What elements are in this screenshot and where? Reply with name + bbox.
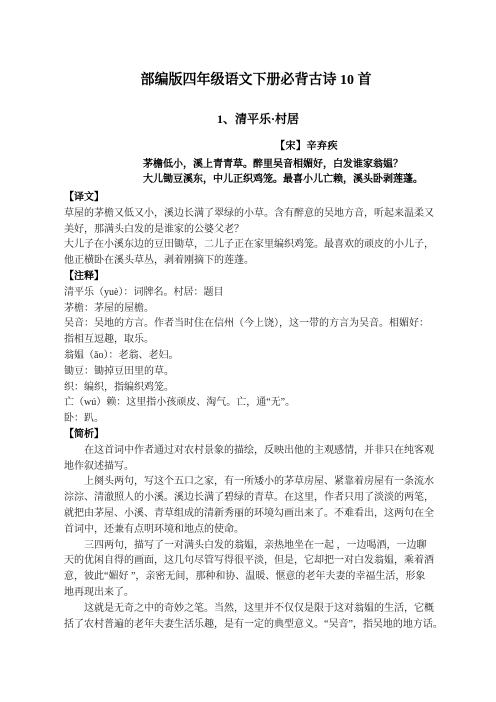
document-page: 部编版四年级语文下册必背古诗 10 首 1、清平乐·村居 【宋】辛弃疾 茅檐低小… <box>0 0 496 702</box>
text-line: 地作叙述描写。 <box>64 459 464 475</box>
text-line: 上阕头两句，写这个五口之家，有一所矮小的茅草房屋、紧靠着房屋有一条流水 <box>64 474 464 490</box>
text-line: 就把由茅屋、小溪、青草组成的清新秀丽的环境勾画出来了。不难看出，这两句在全 <box>64 506 464 522</box>
text-line: 首词中，还兼有点明环境和地点的使命。 <box>64 522 464 538</box>
document-title: 部编版四年级语文下册必背古诗 10 首 <box>0 71 496 91</box>
text-line: 大儿子在小溪东边的豆田锄草，二儿子正在家里编织鸡笼。最喜欢的顽皮的小儿子， <box>64 237 464 253</box>
text-line: 卧：趴。 <box>64 411 464 427</box>
text-line: 淙淙、清澈照人的小溪。溪边长满了碧绿的青草。在这里，作者只用了淡淡的两笔， <box>64 490 464 506</box>
text-line: 清平乐（yuè）：词牌名。村居：题目 <box>64 285 464 301</box>
poem-title: 1、清平乐·村居 <box>0 110 496 128</box>
text-line: 美好，那满头白发的是谁家的公婆父老？ <box>64 222 464 238</box>
poem-line: 大儿锄豆溪东，中儿正织鸡笼。最喜小儿亡赖，溪头卧剥莲蓬。 <box>143 173 423 187</box>
text-line: 茅檐：茅屋的屋檐。 <box>64 301 464 317</box>
text-line: 指相互逗趣，取乐。 <box>64 332 464 348</box>
poem-author: 【宋】辛弃疾 <box>275 140 338 154</box>
text-line: 这就是无奇之中的奇妙之笔。当然，这里并不仅仅是限于这对翁媪的生活，它概 <box>64 601 464 617</box>
text-line: 草屋的茅檐又低又小，溪边长满了翠绿的小草。含有醉意的吴地方音，听起来温柔又 <box>64 206 464 222</box>
text-line: 锄豆：锄掉豆田里的草。 <box>64 364 464 380</box>
text-line: 地再现出来了。 <box>64 585 464 601</box>
text-line: 在这首词中作者通过对农村景象的描绘，反映出他的主观感情，并非只在纯客观 <box>64 443 464 459</box>
section-heading: 【简析】 <box>64 427 464 443</box>
text-line: 织：编织，指编织鸡笼。 <box>64 380 464 396</box>
document-body: 【译文】草屋的茅檐又低又小，溪边长满了翠绿的小草。含有醉意的吴地方音，听起来温柔… <box>64 190 464 632</box>
text-line: 意，彼此“媚好 ”，亲密无间，那种和协、温暖、惬意的老年夫妻的幸福生活，形象 <box>64 569 464 585</box>
text-line: 吴音：吴地的方言。作者当时住在信州（今上饶），这一带的方言为吴音。相媚好： <box>64 316 464 332</box>
text-line: 天的优闲自得的画面，这几句尽管写得很平淡，但是，它却把一对白发翁媪，乘着酒 <box>64 553 464 569</box>
poem-line: 茅檐低小，溪上青青草。醉里吴音相媚好，白发谁家翁媪？ <box>143 158 403 172</box>
section-heading: 【注释】 <box>64 269 464 285</box>
text-line: 亡（wú）赖：这里指小孩顽皮、淘气。亡，通“无”。 <box>64 395 464 411</box>
text-line: 翁媪（ǎo）：老翁、老妇。 <box>64 348 464 364</box>
text-line: 三四两句，描写了一对满头白发的翁媪，亲热地坐在一起 ，一边喝酒，一边聊 <box>64 538 464 554</box>
text-line: 括了农村普遍的老年夫妻生活乐趣，是有一定的典型意义。“吴音”，指吴地的地方话。 <box>64 617 464 633</box>
text-line: 他正横卧在溪头草丛，剥着刚摘下的莲蓬。 <box>64 253 464 269</box>
section-heading: 【译文】 <box>64 190 464 206</box>
